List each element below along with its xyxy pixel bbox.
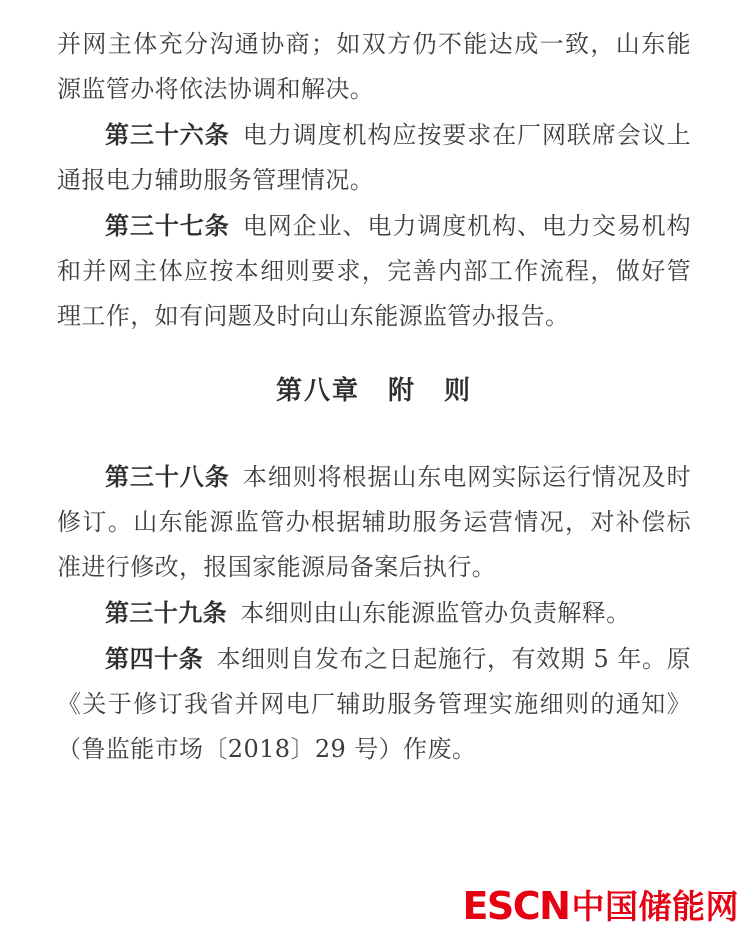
- article-number: 第三十六条: [105, 120, 230, 149]
- paragraph-text: 本细则由山东能源监管办负责解释。: [240, 599, 630, 627]
- escn-logo-text-cn: 中国储能网: [572, 890, 740, 923]
- document-page: 并网主体充分沟通协商；如双方仍不能达成一致，山东能源监管办将依法协调和解决。第三…: [0, 0, 745, 935]
- document-paragraph: 第三十七条电网企业、电力调度机构、电力交易机构和并网主体应按本细则要求，完善内部…: [57, 203, 691, 339]
- document-content: 并网主体充分沟通协商；如双方仍不能达成一致，山东能源监管办将依法协调和解决。第三…: [57, 22, 691, 772]
- document-paragraph: 并网主体充分沟通协商；如双方仍不能达成一致，山东能源监管办将依法协调和解决。: [57, 22, 691, 112]
- escn-logo: ESCN 中国储能网: [462, 887, 739, 925]
- article-number: 第三十七条: [105, 211, 230, 240]
- escn-logo-text-en: ESCN: [462, 887, 569, 925]
- document-paragraph: 第三十八条本细则将根据山东电网实际运行情况及时修订。山东能源监管办根据辅助服务运…: [57, 454, 691, 590]
- chapter-heading: 第八章 附 则: [57, 369, 691, 414]
- article-number: 第三十八条: [105, 462, 230, 491]
- paragraph-text: 并网主体充分沟通协商；如双方仍不能达成一致，山东能源监管办将依法协调和解决。: [57, 30, 691, 103]
- article-number: 第四十条: [105, 644, 203, 673]
- document-paragraph: 第三十六条电力调度机构应按要求在厂网联席会议上通报电力辅助服务管理情况。: [57, 112, 691, 203]
- document-paragraph: 第四十条本细则自发布之日起施行，有效期 5 年。原《关于修订我省并网电厂辅助服务…: [57, 636, 691, 772]
- article-number: 第三十九条: [105, 598, 227, 627]
- document-paragraph: 第三十九条本细则由山东能源监管办负责解释。: [57, 590, 691, 636]
